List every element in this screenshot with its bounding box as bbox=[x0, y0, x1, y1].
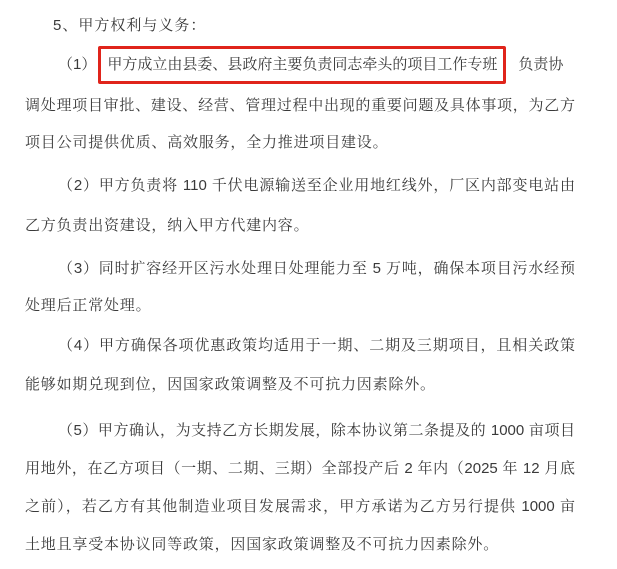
clause-4-line-2: 能够如期兑现到位，因国家政策调整及不可抗力因素除外。 bbox=[25, 373, 575, 397]
clause-5-line-4: 土地且享受本协议同等政策，因国家政策调整及不可抗力因素除外。 bbox=[25, 533, 575, 557]
clause-1-number: （1） bbox=[58, 56, 96, 73]
clause-2-line-1: （2）甲方负责将 110 千伏电源输送至企业用地红线外，厂区内部变电站由 bbox=[25, 174, 575, 198]
highlight-box-annotation: 甲方成立由县委、县政府主要负责同志牵头的项目工作专班 bbox=[98, 46, 506, 84]
clause-3-line-2: 处理后正常处理。 bbox=[25, 294, 575, 318]
clause-1-line-3: 项目公司提供优质、高效服务，全力推进项目建设。 bbox=[25, 131, 575, 155]
clause-1-line-2: 调处理项目审批、建设、经营、管理过程中出现的重要问题及具体事项，为乙方 bbox=[25, 94, 575, 118]
contract-document-page: 5、甲方权利与义务： （1）甲方成立由县委、县政府主要负责同志牵头的项目工作专班… bbox=[0, 0, 617, 569]
clause-1-after-box-text: 负责协 bbox=[518, 56, 563, 73]
section-heading: 5、甲方权利与义务： bbox=[53, 14, 593, 38]
clause-4-line-1: （4）甲方确保各项优惠政策均适用于一期、二期及三期项目，且相关政策 bbox=[25, 334, 575, 358]
clause-3-line-1: （3）同时扩容经开区污水处理日处理能力至 5 万吨，确保本项目污水经预 bbox=[25, 257, 575, 281]
clause-1-highlighted-text: 甲方成立由县委、县政府主要负责同志牵头的项目工作专班 bbox=[107, 56, 497, 73]
clause-5-line-1: （5）甲方确认，为支持乙方长期发展，除本协议第二条提及的 1000 亩项目 bbox=[25, 419, 575, 443]
clause-5-line-2: 用地外，在乙方项目（一期、二期、三期）全部投产后 2 年内（2025 年 12 … bbox=[25, 457, 575, 481]
clause-5-line-3: 之前），若乙方有其他制造业项目发展需求，甲方承诺为乙方另行提供 1000 亩 bbox=[25, 495, 575, 519]
clause-1-line-1: （1）甲方成立由县委、县政府主要负责同志牵头的项目工作专班负责协 bbox=[25, 53, 575, 77]
clause-2-line-2: 乙方负责出资建设，纳入甲方代建内容。 bbox=[25, 214, 575, 238]
